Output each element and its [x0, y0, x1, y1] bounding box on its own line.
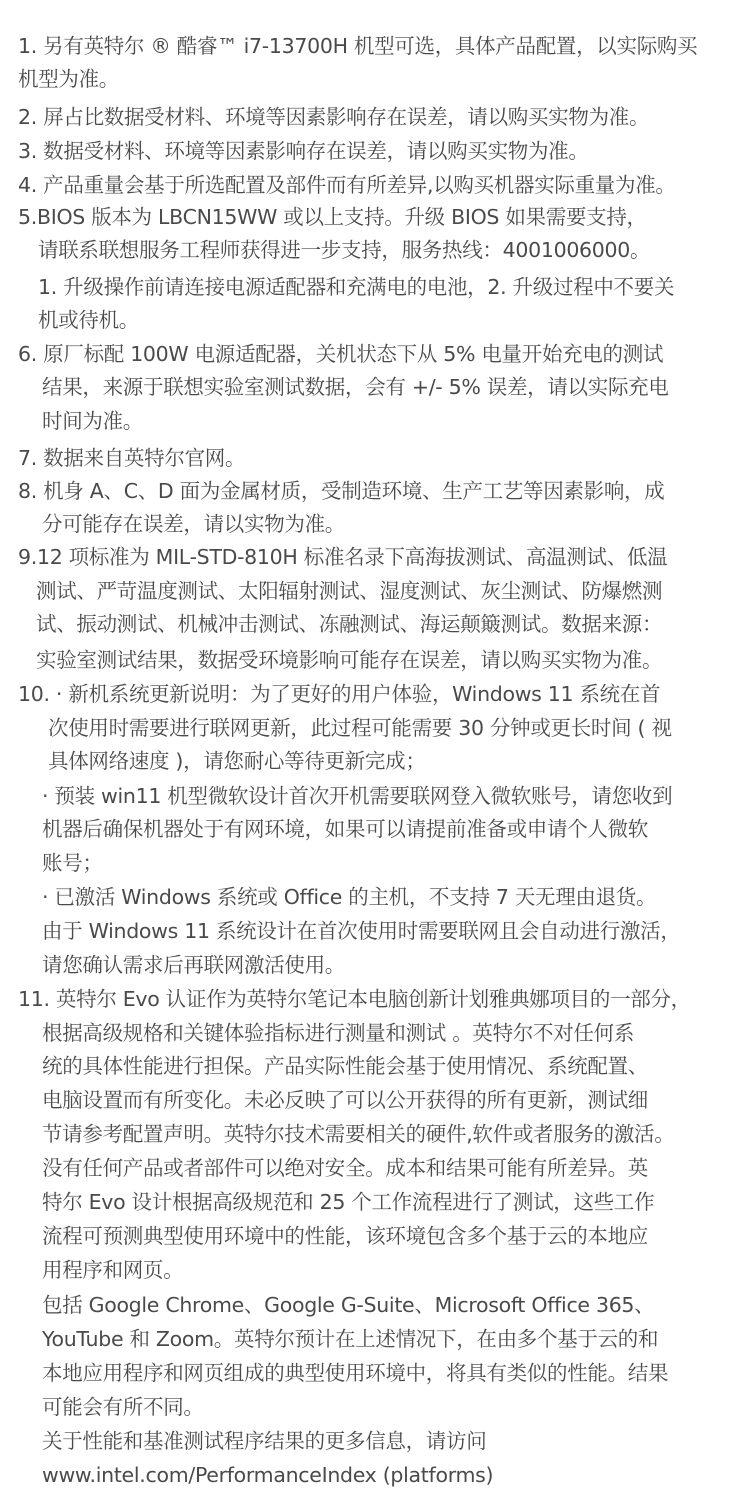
note-line: 2. 屏占比数据受材料、环境等因素影响存在误差，请以购买实物为准。 — [18, 104, 649, 130]
note-line: · 已激活 Windows 系统或 Office 的主机，不支持 7 天无理由退… — [42, 884, 656, 910]
note-line: 电脑设置而有所变化。未必反映了可以公开获得的所有更新，测试细 — [42, 1087, 648, 1113]
note-line: · 预装 win11 机型微软设计首次开机需要联网登入微软账号，请您收到 — [42, 783, 672, 809]
note-line: 没有任何产品或者部件可以绝对安全。成本和结果可能有所差异。英 — [42, 1155, 648, 1181]
note-line: 6. 原厂标配 100W 电源适配器，关机状态下从 5% 电量开始充电的测试 — [18, 341, 663, 367]
note-line: 特尔 Evo 设计根据高级规范和 25 个工作流程进行了测试，这些工作 — [42, 1189, 654, 1215]
note-line: 机型为准。 — [18, 66, 119, 92]
note-line: 4. 产品重量会基于所选配置及部件而有所差异,以购买机器实际重量为准。 — [18, 172, 676, 198]
note-line: 由于 Windows 11 系统设计在首次使用时需要联网且会自动进行激活， — [42, 918, 681, 944]
note-line: 根据高级规格和关键体验指标进行测量和测试 。英特尔不对任何系 — [42, 1020, 634, 1046]
note-line: 本地应用程序和网页组成的典型使用环境中，将具有类似的性能。结果 — [42, 1360, 668, 1386]
note-line: 时间为准。 — [42, 408, 143, 434]
note-line: 1. 另有英特尔 ® 酷睿™ i7-13700H 机型可选，具体产品配置，以实际… — [18, 33, 697, 59]
note-line: 节请参考配置声明。英特尔技术需要相关的硬件,软件或者服务的激活。 — [42, 1121, 674, 1147]
note-line: 9.12 项标准为 MIL-STD-810H 标准名录下高海拔测试、高温测试、低… — [18, 544, 667, 570]
note-line: 机或待机。 — [38, 307, 139, 333]
note-line: 测试、严苛温度测试、太阳辐射测试、湿度测试、灰尘测试、防爆燃测 — [36, 578, 662, 604]
intel-performance-link: www.intel.com/PerformanceIndex (platform… — [42, 1462, 493, 1488]
note-line: 10. · 新机系统更新说明：为了更好的用户体验，Windows 11 系统在首 — [18, 681, 660, 707]
note-line: YouTube 和 Zoom。英特尔预计在上述情况下，在由多个基于云的和 — [42, 1326, 658, 1352]
note-line: 5.BIOS 版本为 LBCN15WW 或以上支持。升级 BIOS 如果需要支持… — [18, 204, 647, 230]
note-line: 用程序和网页。 — [42, 1257, 183, 1283]
note-line: 可能会有所不同。 — [42, 1394, 204, 1420]
note-line: 流程可预测典型使用环境中的性能，该环境包含多个基于云的本地应 — [42, 1223, 648, 1249]
note-line: 机器后确保机器处于有网环境，如果可以请提前准备或申请个人微软 — [42, 816, 648, 842]
note-line: 8. 机身 A、C、D 面为金属材质，受制造环境、生产工艺等因素影响，成 — [18, 478, 664, 504]
note-line: 次使用时需要进行联网更新，此过程可能需要 30 分钟或更长时间 ( 视 — [48, 715, 672, 741]
note-line: 请您确认需求后再联网激活使用。 — [42, 952, 345, 978]
note-line: 包括 Google Chrome、Google G-Suite、Microsof… — [42, 1292, 654, 1318]
note-line: 账号； — [42, 850, 103, 876]
note-line: 3. 数据受材料、环境等因素影响存在误差，请以购买实物为准。 — [18, 138, 589, 164]
note-line: 7. 数据来自英特尔官网。 — [18, 445, 245, 471]
note-line: 试、振动测试、机械冲击测试、冻融测试、海运颠簸测试。数据来源： — [36, 611, 662, 637]
note-line: 1. 升级操作前请连接电源适配器和充满电的电池，2. 升级过程中不要关 — [38, 274, 674, 300]
note-line: 分可能存在误差，请以实物为准。 — [42, 511, 345, 537]
disclaimer-notes: 1. 另有英特尔 ® 酷睿™ i7-13700H 机型可选，具体产品配置，以实际… — [0, 0, 750, 1500]
note-line: 具体网络速度 )，请您耐心等待更新完成； — [48, 748, 426, 774]
note-line: 关于性能和基准测试程序结果的更多信息，请访问 — [42, 1428, 486, 1454]
note-line: 结果，来源于联想实验室测试数据，会有 +/- 5% 误差，请以实际充电 — [42, 374, 669, 400]
note-line: 请联系联想服务工程师获得进一步支持，服务热线：4001006000。 — [38, 237, 650, 263]
note-line: 统的具体性能进行担保。产品实际性能会基于使用情况、系统配置、 — [42, 1053, 648, 1079]
note-line: 实验室测试结果，数据受环境影响可能存在误差，请以购买实物为准。 — [36, 647, 662, 673]
note-line: 11. 英特尔 Evo 认证作为英特尔笔记本电脑创新计划雅典娜项目的一部分， — [18, 986, 691, 1012]
